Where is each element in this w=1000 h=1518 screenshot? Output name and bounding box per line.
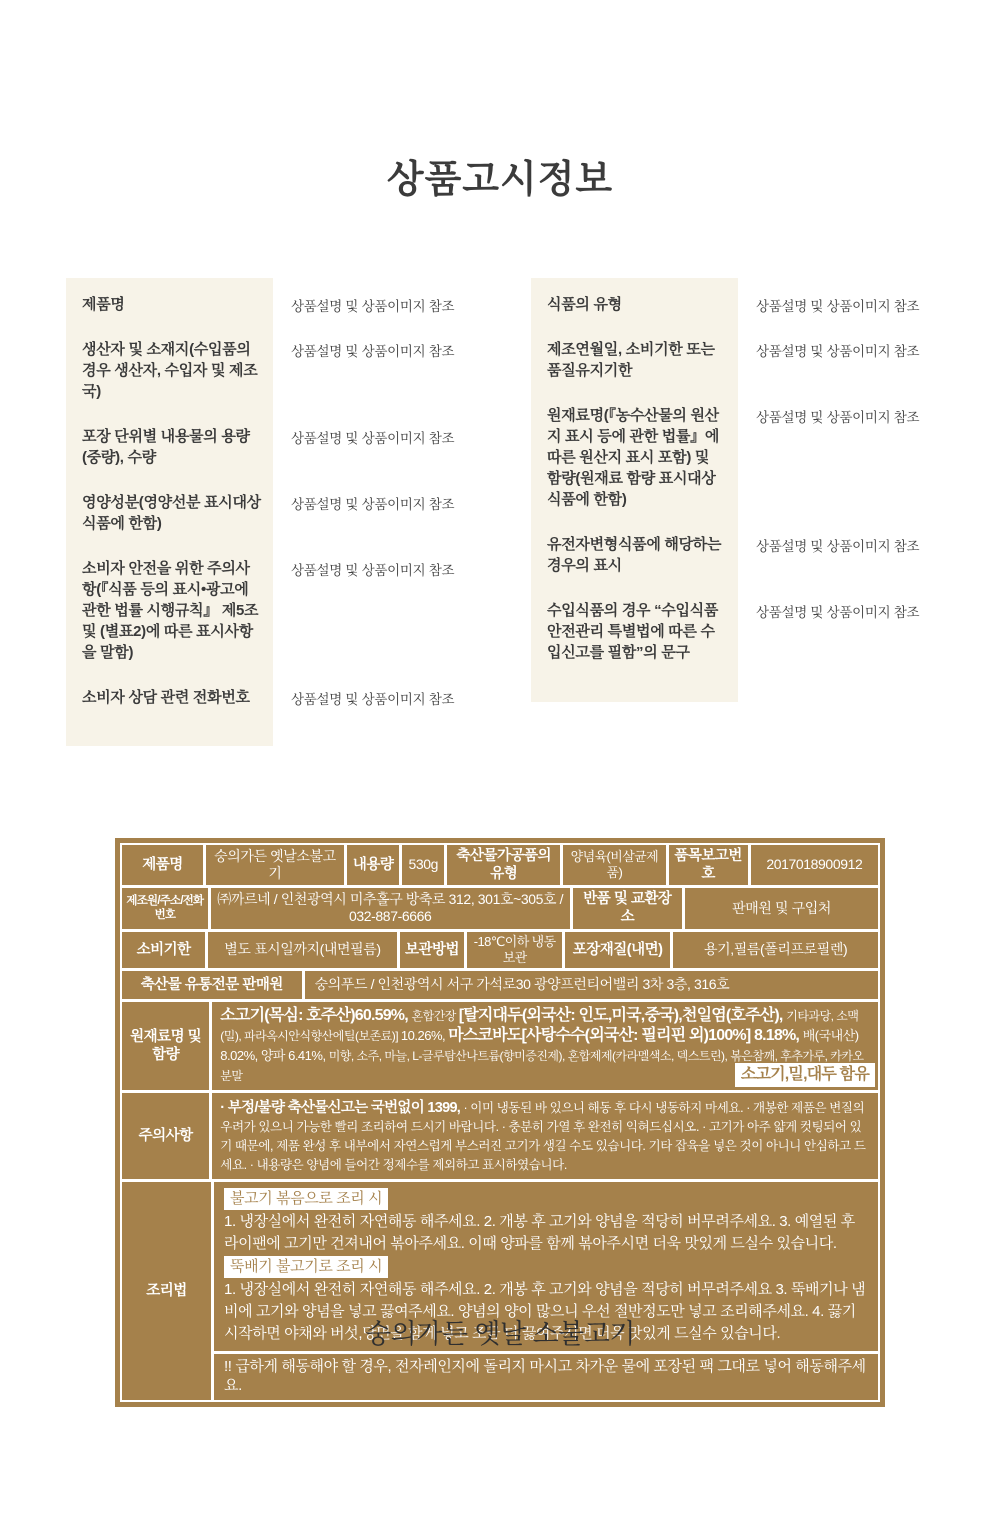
notice-right-items: 식품의 유형상품설명 및 상품이미지 참조제조연월일, 소비기한 또는 품질유지… — [531, 278, 931, 701]
table-header-cell: 제품명 — [122, 845, 203, 885]
table-value-cell: ㈜까르네 / 인천광역시 미추홀구 방축로 312, 301호~305호 / 0… — [211, 888, 570, 928]
table-row-caution: 주의사항· 부정/불량 축산물신고는 국번없이 1399, · 이미 냉동된 바… — [122, 1093, 878, 1179]
table-row-cooking: 조리법불고기 볶음으로 조리 시1. 냉장실에서 완전히 자연해동 해주세요. … — [122, 1182, 878, 1400]
ingredients-cell: 소고기(목심: 호주산)60.59%, 혼합간장 [탈지대두(외국산: 인도,미… — [212, 1002, 878, 1090]
table-row-ingredients: 원재료명 및 함량소고기(목심: 호주산)60.59%, 혼합간장 [탈지대두(… — [122, 1002, 878, 1090]
table-row: 소비기한별도 표시일까지(내면필름)보관방법-18℃이하 냉동 보관포장재질(내… — [122, 932, 878, 969]
notice-label: 영양성분(영양선분 표시대상 식품에 한함) — [66, 492, 273, 534]
table-header-cell: 내용량 — [347, 845, 400, 885]
table-header-cell: 보관방법 — [400, 932, 465, 969]
caution-cell: · 부정/불량 축산물신고는 국번없이 1399, · 이미 냉동된 바 있으니… — [212, 1093, 878, 1179]
notice-value: 상품설명 및 상품이미지 참조 — [291, 339, 466, 360]
notice-value: 상품설명 및 상품이미지 참조 — [291, 492, 466, 513]
notice-value: 상품설명 및 상품이미지 참조 — [291, 294, 466, 315]
page-title: 상품고시정보 — [0, 148, 1000, 203]
notice-column-right: 식품의 유형상품설명 및 상품이미지 참조제조연월일, 소비기한 또는 품질유지… — [531, 278, 931, 702]
cooking-subheading-line: 불고기 볶음으로 조리 시 — [224, 1187, 868, 1211]
table-value-cell: 양념육(비살균제품) — [563, 845, 665, 885]
cooking-subheading-line: 뚝배기 불고기로 조리 시 — [224, 1255, 868, 1279]
cooking-content-column: 불고기 볶음으로 조리 시1. 냉장실에서 완전히 자연해동 해주세요. 2. … — [214, 1182, 878, 1400]
table-value-cell: 530g — [402, 845, 444, 885]
notice-value: 상품설명 및 상품이미지 참조 — [756, 405, 931, 426]
table-value-cell: 별도 표시일까지(내면필름) — [208, 932, 396, 969]
cooking-subheading: 뚝배기 불고기로 조리 시 — [224, 1256, 388, 1278]
notice-value: 상품설명 및 상품이미지 참조 — [756, 294, 931, 315]
table-header-cell: 포장재질(내면) — [565, 932, 670, 969]
product-name-caption: 숭의가든 옛날 소불고기 — [0, 1312, 1000, 1351]
table-value-cell: -18℃이하 냉동 보관 — [467, 932, 561, 969]
ingredient-segment: [탈지대두(외국산: 인도,미국,중국),천일염(호주산), — [459, 1007, 787, 1024]
table-header-cell: 소비기한 — [122, 932, 205, 969]
ingredient-segment: 10.26%, — [401, 1028, 448, 1043]
table-row: 제조원/주소/전화번호㈜까르네 / 인천광역시 미추홀구 방축로 312, 30… — [122, 888, 878, 928]
notice-left-items: 제품명상품설명 및 상품이미지 참조생산자 및 소재지(수입품의 경우 생산자,… — [66, 278, 466, 746]
caution-lead-text: · 부정/불량 축산물신고는 국번없이 1399, — [220, 1100, 463, 1116]
notice-label: 생산자 및 소재지(수입품의 경우 생산자, 수입자 및 제조국) — [66, 339, 273, 402]
table-header-cell: 축산물가공품의 유형 — [447, 845, 560, 885]
cooking-subheading: 불고기 볶음으로 조리 시 — [224, 1188, 388, 1210]
table-value-cell: 용기,필름(폴리프로필렌) — [673, 932, 878, 969]
table-value-cell: 2017018900912 — [751, 845, 878, 885]
notice-value: 상품설명 및 상품이미지 참조 — [756, 600, 931, 621]
ingredient-segment: 소고기(목심: 호주산)60.59%, — [220, 1007, 411, 1024]
notice-label: 수입식품의 경우 “수입식품 안전관리 특별법에 따른 수입신고를 필함”의 문… — [531, 600, 738, 663]
table-header-cell: 원재료명 및 함량 — [122, 1002, 209, 1090]
table-value-cell: 숭의푸드 / 인천광역시 서구 가석로30 광양프런티어밸리 3차 3층, 31… — [305, 971, 878, 999]
table-header-cell: 조리법 — [122, 1182, 211, 1400]
table-row: 축산물 유통전문 판매원숭의푸드 / 인천광역시 서구 가석로30 광양프런티어… — [122, 971, 878, 999]
table-header-cell: 주의사항 — [122, 1093, 209, 1179]
table-header-cell: 반품 및 교환장소 — [573, 888, 682, 928]
notice-value: 상품설명 및 상품이미지 참조 — [756, 339, 931, 360]
table-value-cell: 숭의가든 옛날소불고기 — [206, 845, 344, 885]
notice-label: 소비자 안전을 위한 주의사항(『식품 등의 표시•광고에 관한 법률 시행규칙… — [66, 558, 273, 663]
table-header-cell: 제조원/주소/전화번호 — [122, 888, 208, 928]
cooking-step-paragraph: 1. 냉장실에서 완전히 자연해동 해주세요. 2. 개봉 후 고기와 양념을 … — [224, 1211, 868, 1255]
notice-label: 포장 단위별 내용물의 용량(중량), 수량 — [66, 426, 273, 468]
notice-value: 상품설명 및 상품이미지 참조 — [291, 687, 466, 708]
notice-column-left: 제품명상품설명 및 상품이미지 참조생산자 및 소재지(수입품의 경우 생산자,… — [66, 278, 466, 746]
notice-value: 상품설명 및 상품이미지 참조 — [291, 558, 466, 579]
allergen-badge: 소고기,밀,대두 함유 — [735, 1063, 875, 1087]
notice-label: 식품의 유형 — [531, 294, 738, 315]
notice-label: 소비자 상담 관련 전화번호 — [66, 687, 273, 708]
table-header-cell: 축산물 유통전문 판매원 — [122, 971, 302, 999]
table-value-cell: 판매원 및 구입처 — [685, 888, 878, 928]
ingredient-segment: 혼합간장 — [412, 1009, 459, 1023]
cooking-note-cell: !! 급하게 해동해야 할 경우, 전자레인지에 돌리지 마시고 차가운 물에 … — [214, 1354, 878, 1400]
notice-label: 제품명 — [66, 294, 273, 315]
table-row: 제품명숭의가든 옛날소불고기내용량530g축산물가공품의 유형양념육(비살균제품… — [122, 845, 878, 885]
ingredient-segment: 마스코바도[사탕수수(외국산: 필리핀 외)100%] 8.18%, — [448, 1027, 802, 1044]
notice-value: 상품설명 및 상품이미지 참조 — [756, 534, 931, 555]
notice-label: 원재료명(『농수산물의 원산지 표시 등에 관한 법률』에 따른 원산지 표시 … — [531, 405, 738, 510]
table-header-cell: 품목보고번호 — [669, 845, 748, 885]
notice-label: 제조연월일, 소비기한 또는 품질유지기한 — [531, 339, 738, 381]
notice-label: 유전자변형식품에 해당하는 경우의 표시 — [531, 534, 738, 576]
notice-value: 상품설명 및 상품이미지 참조 — [291, 426, 466, 447]
